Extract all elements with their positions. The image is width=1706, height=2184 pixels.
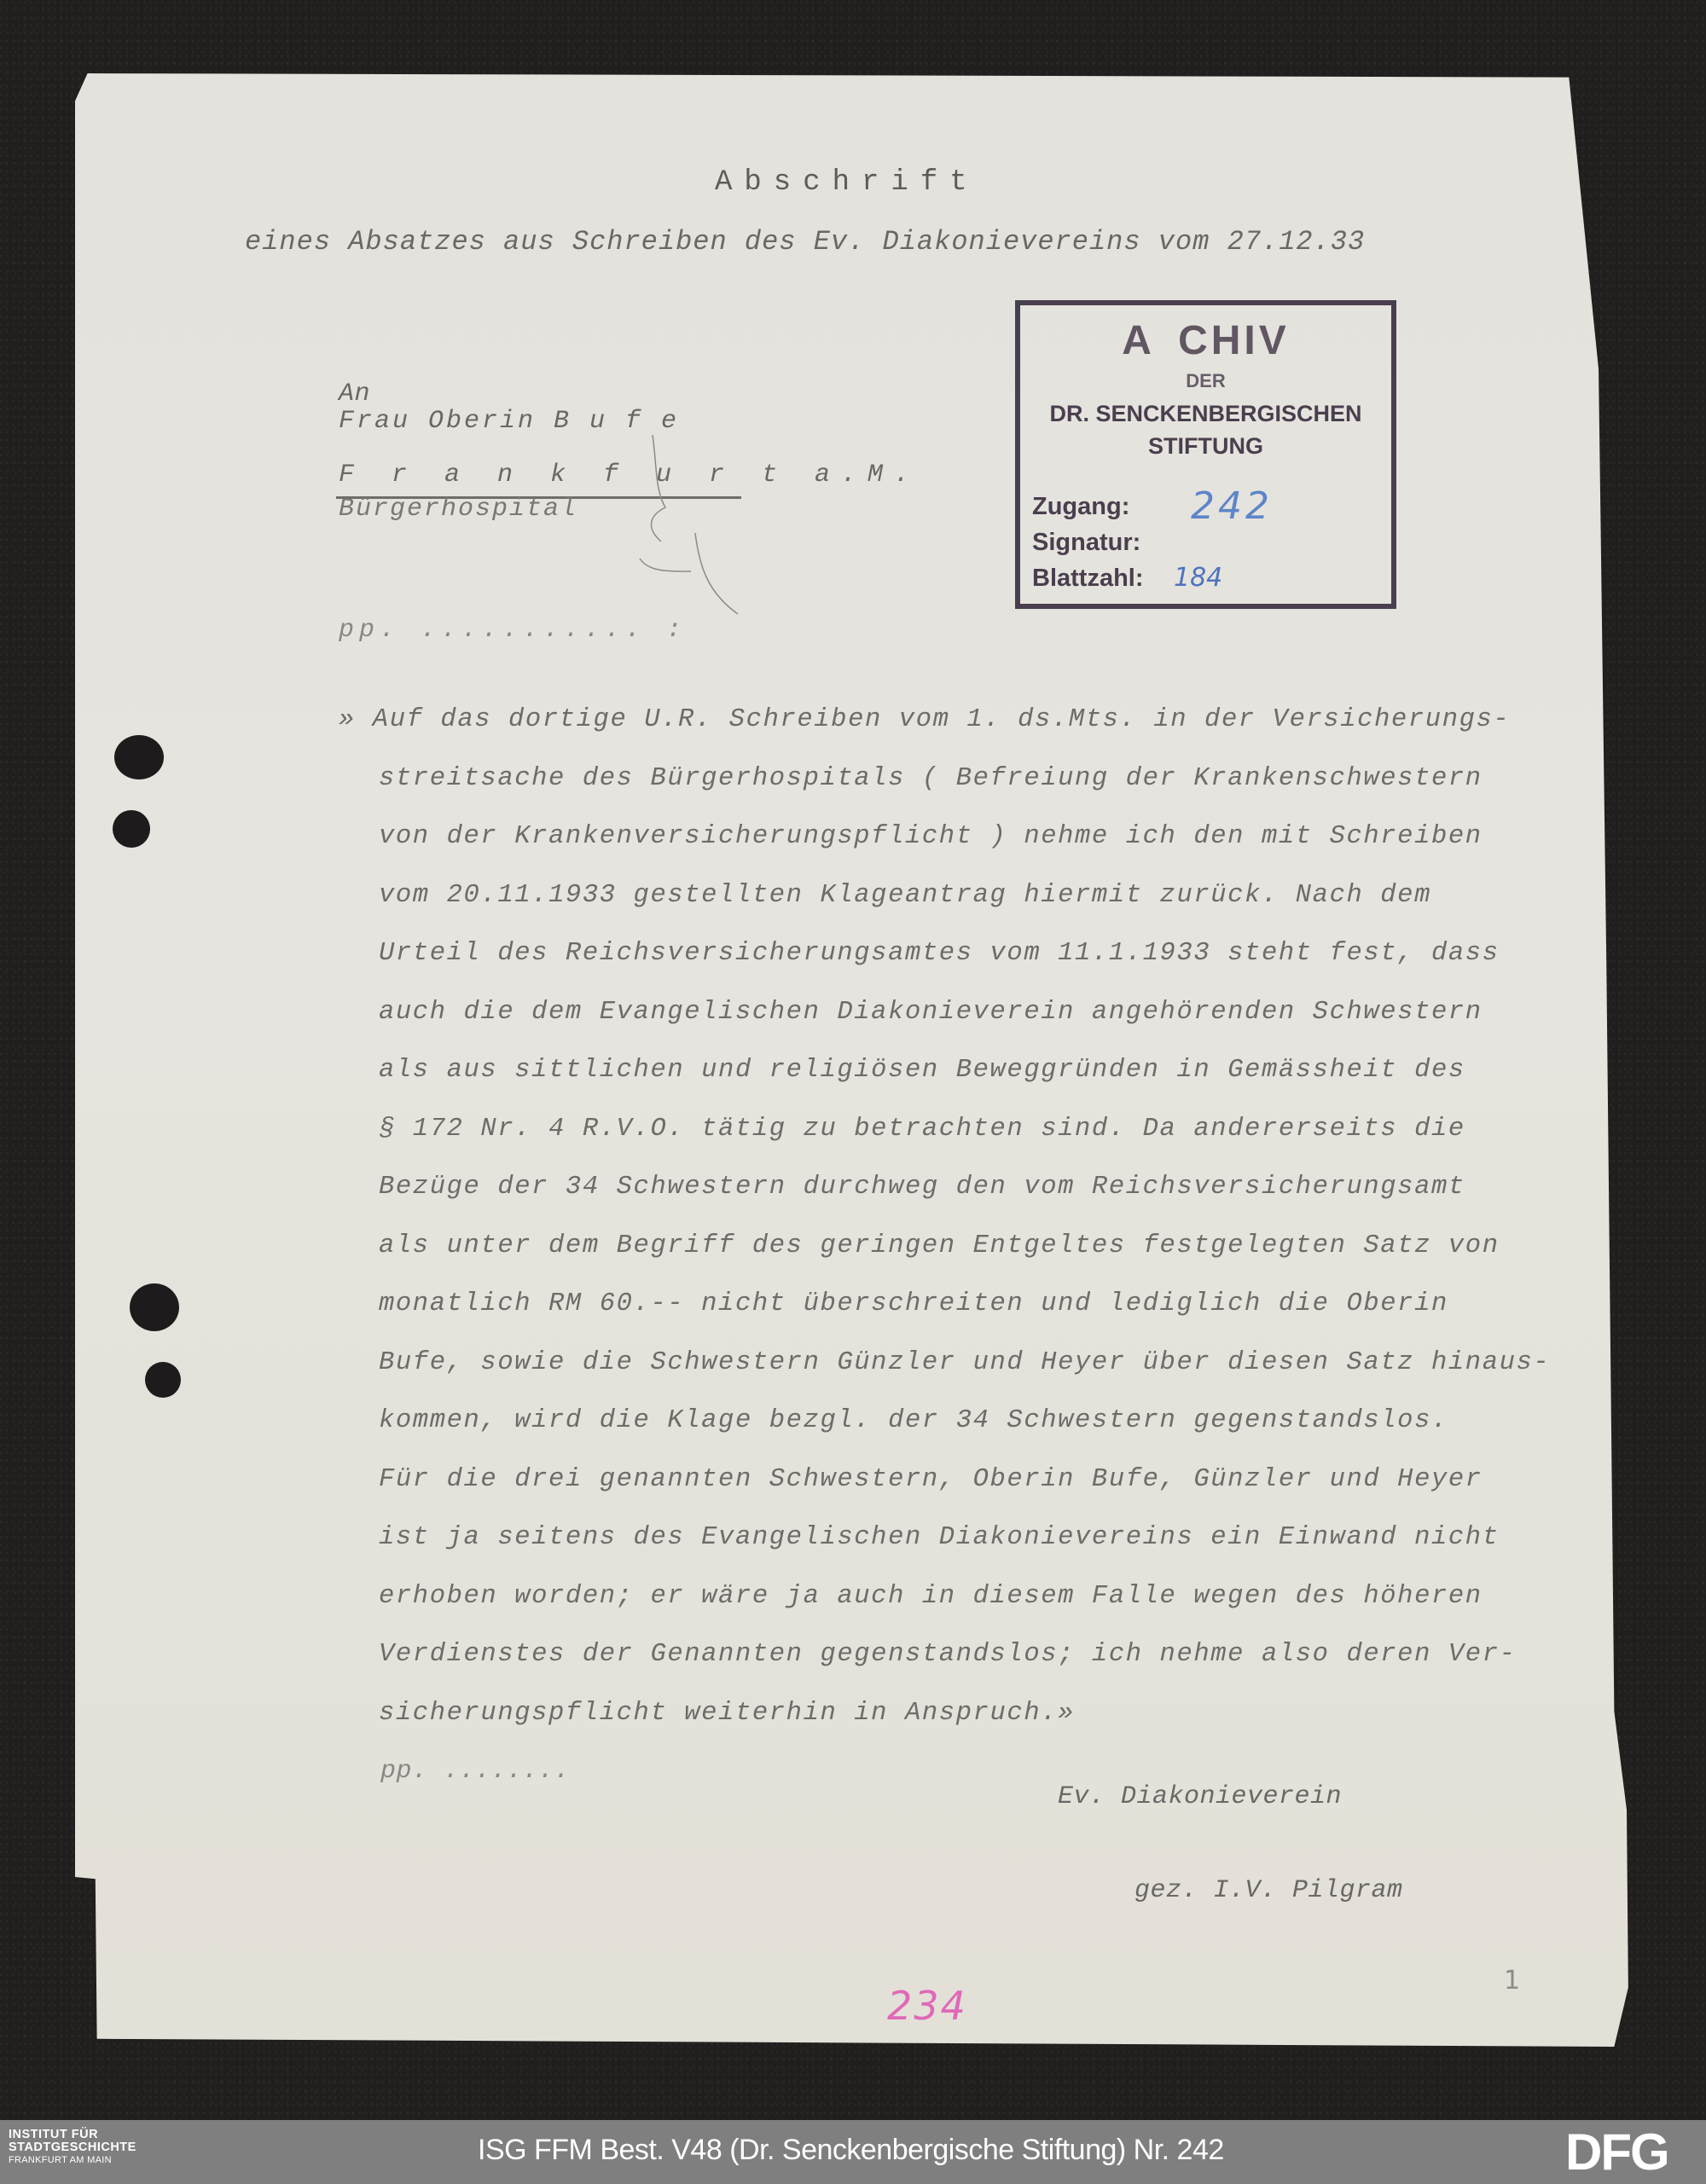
body-line: als aus sittlichen und religiösen Bewegg… [339,1041,1550,1100]
institute-line-3: FRANKFURT AM MAIN [9,2154,136,2167]
address-to: An [339,379,370,408]
punch-hole [145,1362,181,1398]
pencil-scribble [631,431,751,618]
body-line: Für die drei genannten Schwestern, Oberi… [339,1451,1550,1509]
institute-logo: INSTITUT FÜR STADTGESCHICHTE FRANKFURT A… [9,2129,136,2167]
institute-line-1: INSTITUT FÜR [9,2129,136,2141]
body-line: als unter dem Begriff des geringen Entge… [339,1217,1550,1276]
body-line: auch die dem Evangelischen Diakonieverei… [339,983,1550,1042]
archive-footer: INSTITUT FÜR STADTGESCHICHTE FRANKFURT A… [0,2120,1706,2184]
document-subtitle: eines Absatzes aus Schreiben des Ev. Dia… [245,226,1365,258]
document-title: Abschrift [715,166,979,199]
body-line: Bufe, sowie die Schwestern Günzler und H… [339,1334,1550,1393]
stamp-zugang-label: Zugang: [1032,493,1129,521]
body-line: » Auf das dortige U.R. Schreiben vom 1. … [339,691,1550,750]
body-line: streitsache des Bürgerhospitals ( Befrei… [339,750,1550,808]
stamp-blattzahl-label: Blattzahl: [1032,565,1144,593]
body-line: vom 20.11.1933 gestellten Klageantrag hi… [339,866,1550,925]
pencil-mark: 1 [1504,1966,1520,1996]
stamp-signatur-label: Signatur: [1032,529,1140,557]
body-line: kommen, wird die Klage bezgl. der 34 Sch… [339,1392,1550,1451]
archive-stamp: A CHIV DER DR. SENCKENBERGISCHEN STIFTUN… [1015,300,1396,609]
closing-pp: pp. ........ [380,1757,570,1786]
institute-line-2: STADTGESCHICHTE [9,2141,136,2154]
body-line: § 172 Nr. 4 R.V.O. tätig zu betrachten s… [339,1100,1550,1159]
body-line: ist ja seitens des Evangelischen Diakoni… [339,1509,1550,1567]
signature-organization: Ev. Diakonieverein [1058,1782,1342,1811]
address-city: F r a n k f u r t a.M. [339,461,920,490]
archive-reference: ISG FFM Best. V48 (Dr. Senckenbergische … [478,2134,1224,2167]
body-line: Bezüge der 34 Schwestern durchweg den vo… [339,1158,1550,1217]
letter-body: » Auf das dortige U.R. Schreiben vom 1. … [339,691,1550,1742]
body-line: Verdienstes der Genannten gegenstandslos… [339,1625,1550,1684]
body-line: sicherungspflicht weiterhin in Anspruch.… [339,1684,1550,1743]
stamp-der: DER [1020,370,1391,392]
signature-name: gez. I.V. Pilgram [1134,1876,1403,1905]
stamp-zugang-value: 242 [1191,484,1273,528]
body-line: von der Krankenversicherungspflicht ) ne… [339,808,1550,866]
punch-hole [114,735,164,779]
stamp-archiv: A CHIV [1020,317,1391,364]
punch-hole [130,1283,179,1331]
address-recipient: Frau Oberin B u f e [339,407,679,436]
stamp-blattzahl-value: 184 [1174,563,1222,593]
dfg-logo: DFG [1565,2127,1668,2178]
stamp-stiftung: STIFTUNG [1020,433,1391,460]
body-line: monatlich RM 60.-- nicht überschreiten u… [339,1275,1550,1334]
salutation-pp: pp. ........... : [339,616,687,645]
address-institution: Bürgerhospital [339,495,577,524]
stamp-institution: DR. SENCKENBERGISCHEN [1020,401,1391,427]
body-line: erhoben worden; er wäre ja auch in diese… [339,1567,1550,1626]
punch-hole [113,810,150,848]
page-number-annotation: 234 [887,1983,967,2029]
body-line: Urteil des Reichsversicherungsamtes vom … [339,924,1550,983]
